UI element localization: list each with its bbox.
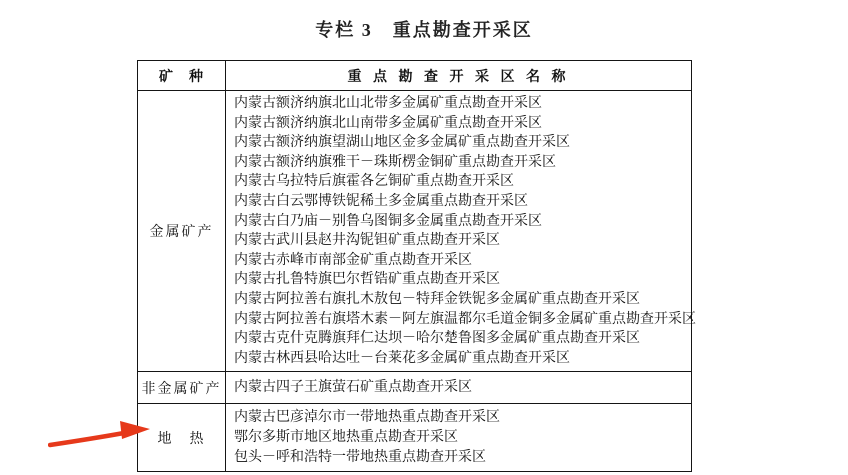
area-item: 内蒙古扎鲁特旗巴尔哲锆矿重点勘查开采区 — [234, 270, 685, 290]
page-title: 专栏 3 重点勘查开采区 — [0, 16, 848, 42]
header-mineral-type: 矿 种 — [138, 61, 226, 91]
area-item: 内蒙古赤峰市南部金矿重点勘查开采区 — [234, 251, 685, 271]
nonmetal-area-list: 内蒙古四子王旗萤石矿重点勘查开采区 — [226, 372, 692, 404]
area-item: 鄂尔多斯市地区地热重点勘查开采区 — [234, 428, 685, 448]
area-item: 内蒙古四子王旗萤石矿重点勘查开采区 — [234, 378, 685, 398]
area-item: 内蒙古巴彦淖尔市一带地热重点勘查开采区 — [234, 408, 685, 428]
area-item: 内蒙古白乃庙－别鲁乌图铜多金属重点勘查开采区 — [234, 212, 685, 232]
area-item: 内蒙古额济纳旗雅干－珠斯楞金铜矿重点勘查开采区 — [234, 153, 685, 173]
metal-area-list: 内蒙古额济纳旗北山北带多金属矿重点勘查开采区 内蒙古额济纳旗北山南带多金属矿重点… — [226, 91, 692, 372]
area-item: 内蒙古白云鄂博铁铌稀土多金属重点勘查开采区 — [234, 192, 685, 212]
document-page: { "title": "专栏 3 重点勘查开采区", "table": { "h… — [0, 0, 848, 475]
header-area-names: 重 点 勘 查 开 采 区 名 称 — [226, 61, 692, 91]
table-row-metal-minerals: 金属矿产 内蒙古额济纳旗北山北带多金属矿重点勘查开采区 内蒙古额济纳旗北山南带多… — [138, 91, 692, 372]
area-item: 包头－呼和浩特一带地热重点勘查开采区 — [234, 448, 685, 468]
area-item: 内蒙古额济纳旗北山北带多金属矿重点勘查开采区 — [234, 94, 685, 114]
area-item: 内蒙古乌拉特后旗霍各乞铜矿重点勘查开采区 — [234, 172, 685, 192]
area-item: 内蒙古阿拉善右旗扎木敖包－特拜金铁铌多金属矿重点勘查开采区 — [234, 290, 685, 310]
area-item: 内蒙古额济纳旗北山南带多金属矿重点勘查开采区 — [234, 114, 685, 134]
area-item: 内蒙古武川县赵井沟铌钽矿重点勘查开采区 — [234, 231, 685, 251]
table-row-nonmetal-minerals: 非金属矿产 内蒙古四子王旗萤石矿重点勘查开采区 — [138, 372, 692, 404]
key-areas-table: 矿 种 重 点 勘 查 开 采 区 名 称 金属矿产 内蒙古额济纳旗北山北带多金… — [137, 60, 692, 472]
category-geothermal: 地 热 — [138, 404, 226, 472]
area-item: 内蒙古额济纳旗望湖山地区金多金属矿重点勘查开采区 — [234, 133, 685, 153]
geothermal-area-list: 内蒙古巴彦淖尔市一带地热重点勘查开采区 鄂尔多斯市地区地热重点勘查开采区 包头－… — [226, 404, 692, 472]
area-item: 内蒙古克什克腾旗拜仁达坝－哈尔楚鲁图多金属矿重点勘查开采区 — [234, 329, 685, 349]
area-item: 内蒙古阿拉善右旗塔木素－阿左旗温都尔毛道金铜多金属矿重点勘查开采区 — [234, 310, 685, 330]
area-item: 内蒙古林西县哈达吐－台莱花多金属矿重点勘查开采区 — [234, 349, 685, 369]
table-row-geothermal: 地 热 内蒙古巴彦淖尔市一带地热重点勘查开采区 鄂尔多斯市地区地热重点勘查开采区… — [138, 404, 692, 472]
table-header-row: 矿 种 重 点 勘 查 开 采 区 名 称 — [138, 61, 692, 91]
category-nonmetal-minerals: 非金属矿产 — [138, 372, 226, 404]
category-metal-minerals: 金属矿产 — [138, 91, 226, 372]
